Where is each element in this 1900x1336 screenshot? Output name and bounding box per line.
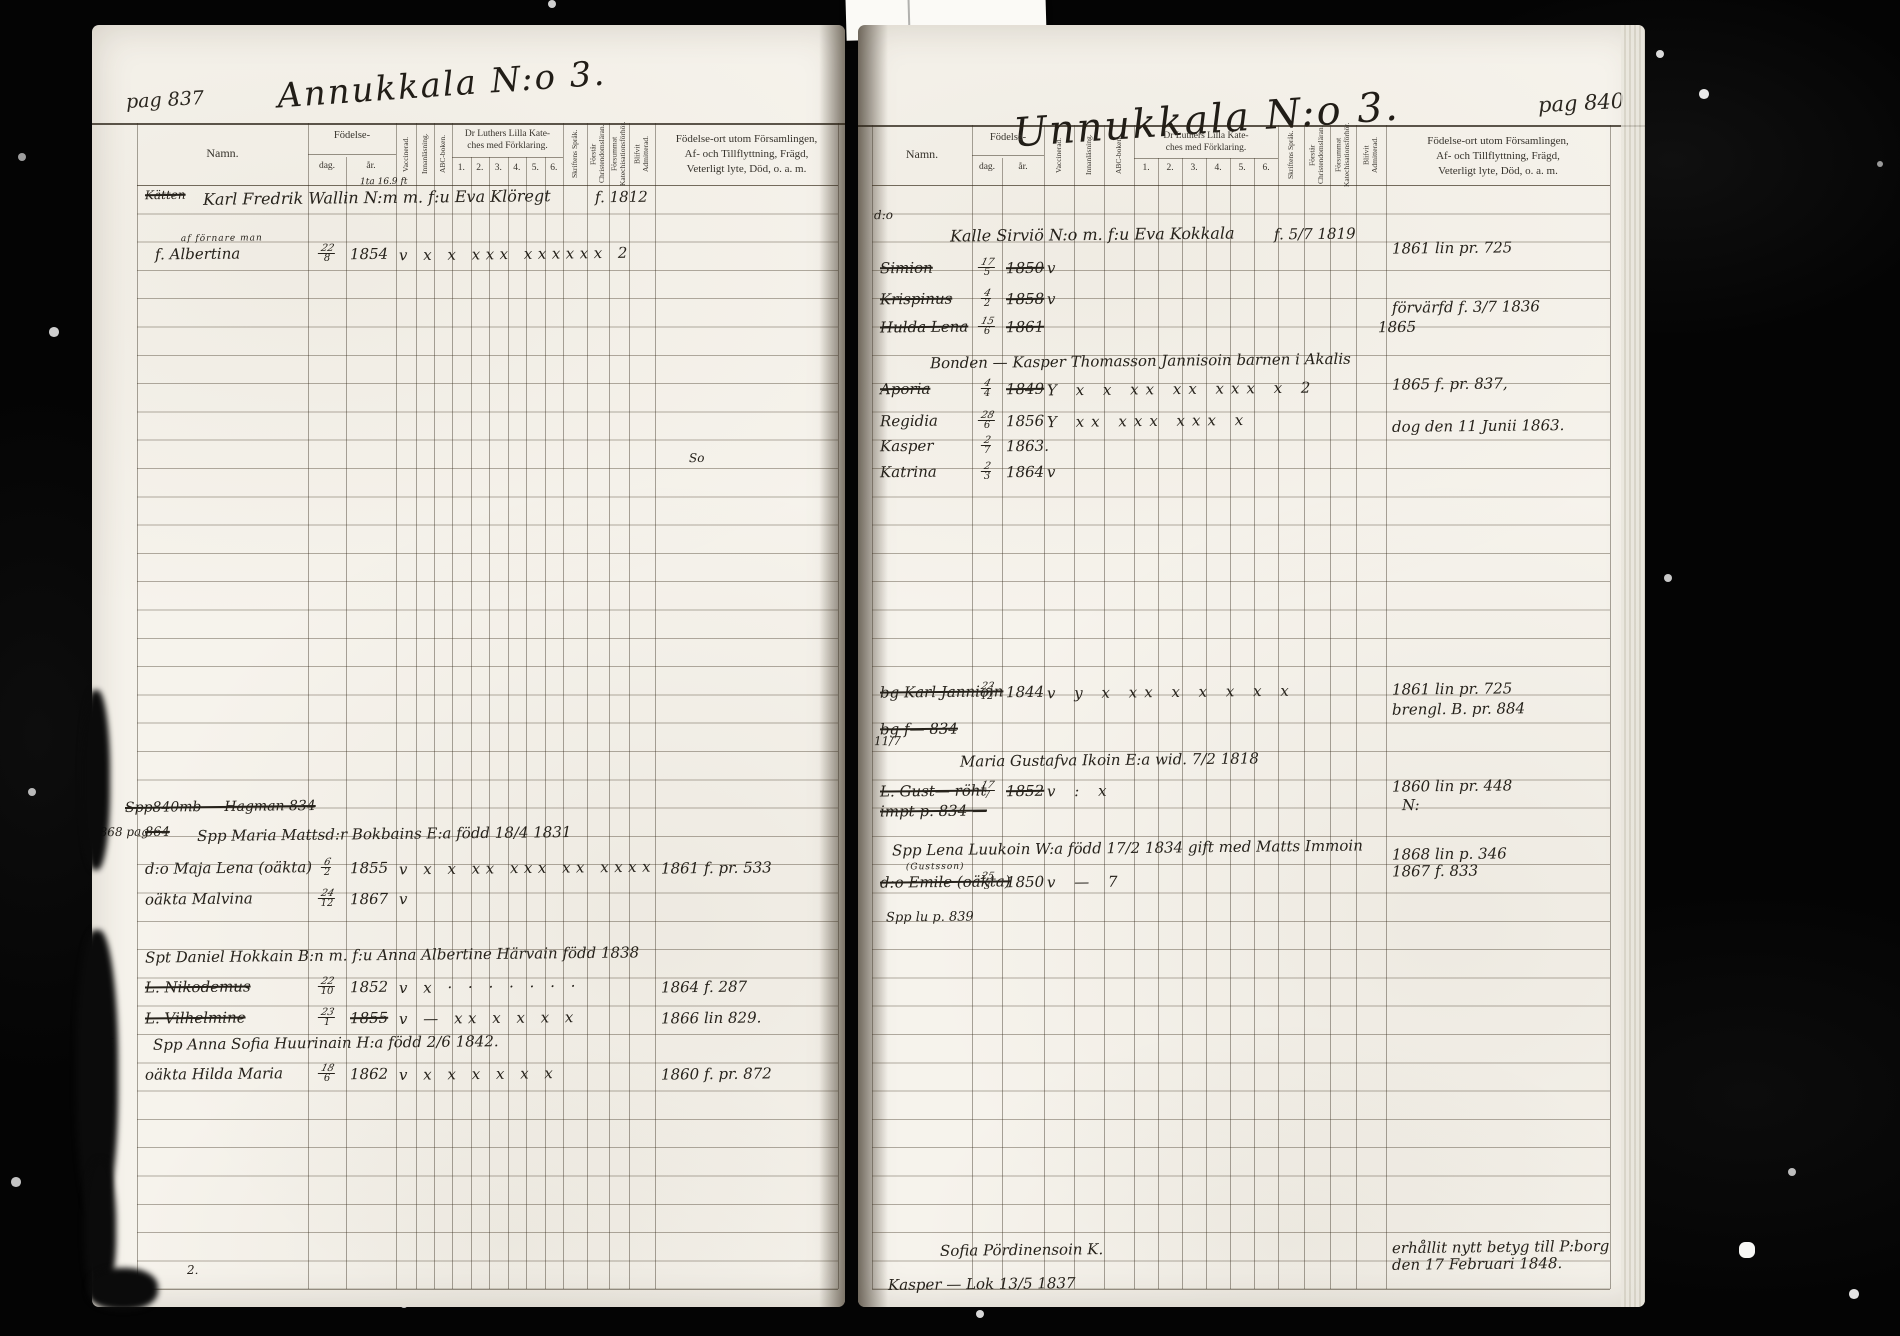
day-denominator: 2 [324, 868, 330, 877]
ledger-entry: Krispinus [880, 289, 952, 308]
ledger-entry: 1865 f. pr. 837, [1392, 374, 1508, 393]
scan-blot [88, 1268, 158, 1310]
ledger-entry: Aporia [880, 380, 931, 399]
grid-line [452, 123, 453, 1289]
ledger-entry: 864 [145, 825, 170, 840]
table-top-rule [858, 125, 1645, 127]
grid-line [1002, 158, 1003, 1289]
ledger-entry: 228 [308, 244, 346, 263]
ledger-entry: 1850 [1006, 873, 1044, 891]
day-numerator: 25 [977, 872, 996, 882]
column-header: 6. [545, 163, 564, 173]
ledger-entry: 1865 [1378, 318, 1416, 336]
ledger-entry: Spp Anna Sofia Huurinain H:a född 2/6 18… [153, 1032, 499, 1054]
grid-line [137, 1289, 838, 1290]
ledger-entry: 11/7 [874, 734, 902, 748]
ledger-entry: Kasper — Lok 13/5 1837 [888, 1274, 1076, 1294]
ledger-table: Namn.Födelse-dag.år.Vaccinerad.Innanläsn… [92, 25, 845, 1307]
ledger-entry: f. 5/7 1819 [1274, 224, 1356, 243]
grid-line [1104, 125, 1105, 1289]
ledger-entry: v y x xx x x x x x [1047, 682, 1296, 703]
column-header: Veterligt lyte, Död, o. a. m. [655, 163, 838, 175]
grid-line [1182, 158, 1183, 1289]
ledger-entry: 1850 [1006, 259, 1044, 277]
ledger-entry: Y xx xxx xxx x [1047, 410, 1250, 430]
ledger-entry: v — xx x x x x [399, 1008, 579, 1028]
ledger-entry: v [1047, 462, 1063, 480]
column-header: Veterligt lyte, Död, o. a. m. [1386, 165, 1610, 177]
day-denominator: 6 [324, 1074, 330, 1083]
grid-line [629, 123, 630, 1289]
column-header: Förstår Christendomsläran. [587, 126, 609, 182]
ledger-entry: d:o [874, 208, 902, 222]
ledger-entry: Spp lu p. 839 [886, 909, 974, 925]
column-header: ABC-boken. [1104, 128, 1134, 182]
column-header: ches med Förklaring. [452, 141, 563, 151]
column-header: Namn. [872, 147, 972, 162]
column-header: ches med Förklaring. [1134, 143, 1278, 153]
day-denominator: 3 [984, 472, 990, 481]
day-denominator: 4 [984, 389, 990, 398]
day-denominator: 12 [981, 692, 994, 701]
column-header: Födelse- [308, 130, 396, 141]
ledger-entry: den 17 Februari 1848. [1392, 1254, 1562, 1274]
ledger-entry: 1852 [350, 977, 388, 995]
ledger-entry: förvärfd f. 3/7 1836 [1392, 298, 1540, 318]
ledger-entry: 1867 f. 833 [1392, 861, 1478, 880]
ledger-entry: 175 [972, 258, 1002, 277]
ledger-entry: 1858 [1006, 290, 1044, 308]
handwritten-note: af förnare man [181, 233, 263, 244]
column-header: dag. [972, 162, 1002, 172]
table-top-rule [92, 123, 845, 125]
ledger-entry: 1852 [1006, 782, 1044, 800]
day-numerator: 2 [981, 436, 994, 446]
column-header: Namn. [137, 146, 308, 161]
ledger-entry: Spp Maria Mattsd:r Bokbains E:a född 18/… [197, 823, 572, 845]
day-denominator: 1 [324, 1018, 330, 1027]
day-denominator: 2 [984, 299, 990, 308]
ledger-entry: 1861 lin pr. 725 [1392, 238, 1512, 257]
column-header: 4. [508, 163, 527, 173]
ledger-entry: oäkta Hilda Maria [145, 1065, 283, 1084]
ledger-entry: Kasper [880, 437, 934, 456]
ledger-entry: Hulda Lena [880, 318, 968, 337]
day-denominator: 7 [984, 446, 990, 455]
ledger-entry: 1856 [1006, 411, 1044, 429]
ledger-entry: 156 [972, 317, 1002, 336]
ledger-entry: 1855 [350, 859, 388, 877]
ledger-entry: 1ta 16.9 ft [360, 176, 408, 186]
ledger-entry: Katrina [880, 462, 937, 481]
grid-line [1278, 125, 1279, 1289]
ledger-entry: 253 [972, 872, 1002, 891]
day-numerator: 2 [981, 462, 994, 472]
grid-line [434, 123, 435, 1289]
grid-line [545, 157, 546, 1289]
day-denominator: 6 [984, 421, 990, 430]
ledger-entry: 231 [308, 1008, 346, 1027]
column-header: år. [346, 161, 396, 171]
column-header: Dr Luthers Lilla Kate- [1134, 131, 1278, 141]
ledger-entry: v [1047, 290, 1063, 308]
column-header: 2. [471, 163, 490, 173]
ledger-entry: Kätten [145, 188, 186, 202]
ledger-page-right: pag 840 Unnukkala N:o 3. Namn.Födelse-da… [858, 25, 1645, 1307]
ledger-entry: v [399, 890, 413, 908]
column-header: ABC-boken. [434, 126, 452, 182]
ledger-entry: v — 7 [1047, 872, 1125, 891]
ledger-entry: 2212 [972, 682, 1002, 701]
ledger-entry: Y x x xx xx xxx x 2 [1047, 379, 1318, 400]
grid-line [1356, 125, 1357, 1289]
ledger-entry: L. Vilhelmine [145, 1008, 246, 1027]
ledger-entry: v [1047, 259, 1063, 277]
grid-line [655, 123, 656, 1289]
ledger-entry: 1866 lin 829. [661, 1008, 762, 1027]
grid-line [1304, 125, 1305, 1289]
ledger-entry: 42 [972, 289, 1002, 308]
ledger-entry: f. 1812 [595, 188, 648, 207]
day-numerator: 17 [977, 258, 996, 268]
grid-line [587, 123, 588, 1289]
grid-line [1230, 158, 1231, 1289]
day-numerator: 18 [317, 1064, 336, 1074]
ledger-entry: 1861 [1006, 318, 1044, 336]
ledger-entry: L. Gust— röht [880, 782, 987, 801]
ledger-entry: d:o Maja Lena (oäkta) [145, 858, 312, 878]
grid-rows [137, 185, 838, 1289]
grid-line [1330, 125, 1331, 1289]
ledger-entry: brengl. B. pr. 884 [1392, 700, 1525, 719]
ledger-entry: 1860 f. pr. 872 [661, 1065, 772, 1084]
grid-line [1206, 158, 1207, 1289]
column-header: Försummat Katechisationsförhör. [1330, 128, 1356, 182]
column-header: 3. [1182, 163, 1206, 173]
grid-line [308, 154, 396, 155]
ledger-entry: 27 [972, 436, 1002, 455]
book-scan: pag 837 Annukkala N:o 3. Namn.Födelse-da… [0, 0, 1900, 1336]
ledger-entry: 177 [972, 781, 1002, 800]
day-numerator: 22 [977, 682, 996, 692]
ledger-entry: 62 [308, 858, 346, 877]
grid-line [508, 157, 509, 1289]
scan-blot [82, 690, 110, 870]
ledger-entry: 2210 [308, 977, 346, 996]
grid-line [1074, 125, 1075, 1289]
day-numerator: 15 [977, 317, 996, 327]
day-denominator: 8 [324, 254, 330, 263]
ledger-entry: v x · · · · · · · [399, 977, 581, 997]
ledger-entry: 1861 lin pr. 725 [1392, 680, 1512, 699]
ledger-entry: Kalle Sirviö N:o m. f:u Eva Kokkala [950, 223, 1235, 245]
column-header: Af- och Tillflyttning, Frägd, [655, 148, 838, 160]
column-header: 3. [489, 163, 508, 173]
day-denominator: 12 [321, 899, 334, 908]
ledger-entry: 1849 [1006, 380, 1044, 398]
ledger-entry: 23 [972, 462, 1002, 481]
column-header: Blifvit Admitterad. [629, 126, 655, 182]
grid-line [526, 157, 527, 1289]
ledger-entry: v x x xx xxx xx xxxx [399, 857, 656, 878]
ledger-entry: 1863. [1006, 437, 1049, 455]
ledger-entry: Sofia Pördinensoin K. [940, 1240, 1103, 1260]
ledger-entry: dog den 11 Junii 1863. [1392, 416, 1565, 436]
grid-line [609, 123, 610, 1289]
ledger-entry: 1864 [1006, 462, 1044, 480]
column-header: Födelse-ort utom Församlingen, [1386, 135, 1610, 147]
ledger-entry: So [689, 451, 705, 465]
column-header: år. [1002, 162, 1044, 172]
column-header: dag. [308, 161, 346, 171]
ledger-entry: L. Nikodemus [145, 977, 251, 996]
ledger-entry: 44 [972, 379, 1002, 398]
day-numerator: 4 [981, 289, 994, 299]
column-header: 4. [1206, 163, 1230, 173]
ledger-entry: 186 [308, 1064, 346, 1083]
grid-line [452, 157, 563, 158]
column-header: Innanläsning. [416, 126, 434, 182]
day-numerator: 4 [981, 379, 994, 389]
column-header: 5. [1230, 163, 1254, 173]
ledger-entry: 1867 [350, 890, 388, 908]
column-header: 6. [1254, 163, 1278, 173]
ledger-entry: Spp840mb — Hagman 834 [125, 798, 316, 816]
day-denominator: 7 [984, 791, 990, 800]
day-denominator: 6 [984, 327, 990, 336]
ledger-entry: 1855 [350, 1008, 388, 1026]
ledger-page-left: pag 837 Annukkala N:o 3. Namn.Födelse-da… [92, 25, 845, 1307]
ledger-entry: v x x x x x x [399, 1064, 559, 1084]
ledger-entry: N: [1402, 796, 1420, 814]
column-header: Innanläsning. [1074, 128, 1104, 182]
ledger-entry: Maria Gustafva Ikoin E:a wid. 7/2 1818 [960, 750, 1259, 771]
ledger-entry: oäkta Malvina [145, 889, 253, 908]
grid-line [489, 157, 490, 1289]
handwritten-note: (Gustsson) [906, 862, 965, 873]
ledger-entry: 1862 [350, 1065, 388, 1083]
ledger-entry: 2412 [308, 889, 346, 908]
grid-line [1158, 158, 1159, 1289]
ledger-entry: v x x xxx xxxxxx 2 [399, 243, 633, 263]
day-numerator: 6 [321, 858, 334, 868]
column-header: Skriftens Språk. [563, 126, 587, 182]
grid-line [1610, 125, 1611, 1289]
day-denominator: 3 [984, 882, 990, 891]
ledger-entry: 1864 f. 287 [661, 977, 747, 996]
grid-line [972, 155, 1044, 156]
column-header: 2. [1158, 163, 1182, 173]
day-numerator: 22 [317, 244, 336, 254]
grid-line [346, 157, 347, 1289]
day-denominator: 10 [321, 987, 334, 996]
column-header: 1. [1134, 163, 1158, 173]
column-header: Blifvit Admitterad. [1356, 128, 1386, 182]
ledger-entry: impt p. 834 — [880, 802, 987, 821]
day-numerator: 28 [977, 411, 996, 421]
ledger-entry: 1861 f. pr. 533 [661, 858, 772, 877]
grid-line [1254, 158, 1255, 1289]
ledger-entry: f. Albertinaaf förnare man [155, 244, 240, 263]
day-denominator: 5 [984, 268, 990, 277]
grid-line [1134, 158, 1278, 159]
grid-line [1134, 125, 1135, 1289]
column-header: 1. [452, 163, 471, 173]
grid-line [308, 123, 309, 1289]
grid-line [872, 125, 873, 1289]
grid-line [471, 157, 472, 1289]
ledger-entry: 2. [187, 1263, 199, 1277]
column-header: Skriftens Språk. [1278, 128, 1304, 182]
ledger-entry: Karl Fredrik Wallin N:m m. f:u Eva Klöre… [203, 186, 551, 209]
column-header: Af- och Tillflyttning, Frägd, [1386, 150, 1610, 162]
grid-line [838, 123, 839, 1289]
column-header: Födelse-ort utom Församlingen, [655, 133, 838, 145]
day-numerator: 23 [317, 1008, 336, 1018]
ledger-entry: 1844 [1006, 683, 1044, 701]
ledger-table: Namn.Födelse-dag.år.Vaccinerad.Innanläsn… [858, 25, 1645, 1307]
column-header: Förstår Christendomsläran. [1304, 128, 1330, 182]
ledger-entry: 286 [972, 411, 1002, 430]
day-numerator: 17 [977, 781, 996, 791]
day-numerator: 24 [317, 889, 336, 899]
grid-line [1386, 125, 1387, 1289]
column-header: Försummat Katechisationsförhör. [609, 126, 629, 182]
grid-line [396, 123, 397, 1289]
column-header: 5. [526, 163, 545, 173]
column-header: Vaccinerad. [1044, 128, 1074, 182]
ledger-entry: 1854 [350, 244, 388, 262]
ledger-entry: 1860 lin pr. 448 [1392, 776, 1512, 795]
column-header: Vaccinerad. [396, 126, 416, 182]
page-stack-edge [1621, 25, 1645, 1307]
ledger-entry: Regidia [880, 411, 938, 430]
grid-line [563, 123, 564, 1289]
grid-line [137, 123, 138, 1289]
column-header: Födelse- [972, 132, 1044, 143]
grid-line [416, 123, 417, 1289]
ledger-entry: 1868 lin p. 346 [1392, 844, 1507, 863]
ledger-entry: Simion [880, 258, 933, 277]
column-header: Dr Luthers Lilla Kate- [452, 129, 563, 139]
ledger-entry: v : x [1047, 782, 1114, 801]
day-numerator: 22 [317, 977, 336, 987]
